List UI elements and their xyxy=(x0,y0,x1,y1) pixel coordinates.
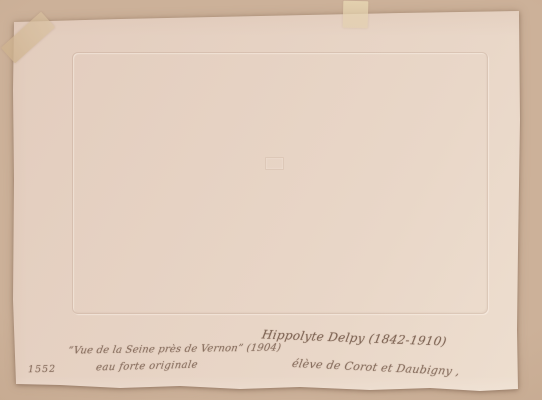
tape-top-right xyxy=(343,1,369,29)
paper-blemish xyxy=(265,157,284,170)
handwritten-inventory-number: 1552 xyxy=(28,364,56,375)
photo-of-print-verso: “Vue de la Seine près de Vernon” (1904) … xyxy=(0,0,542,400)
etching-plate-mark xyxy=(72,52,488,314)
